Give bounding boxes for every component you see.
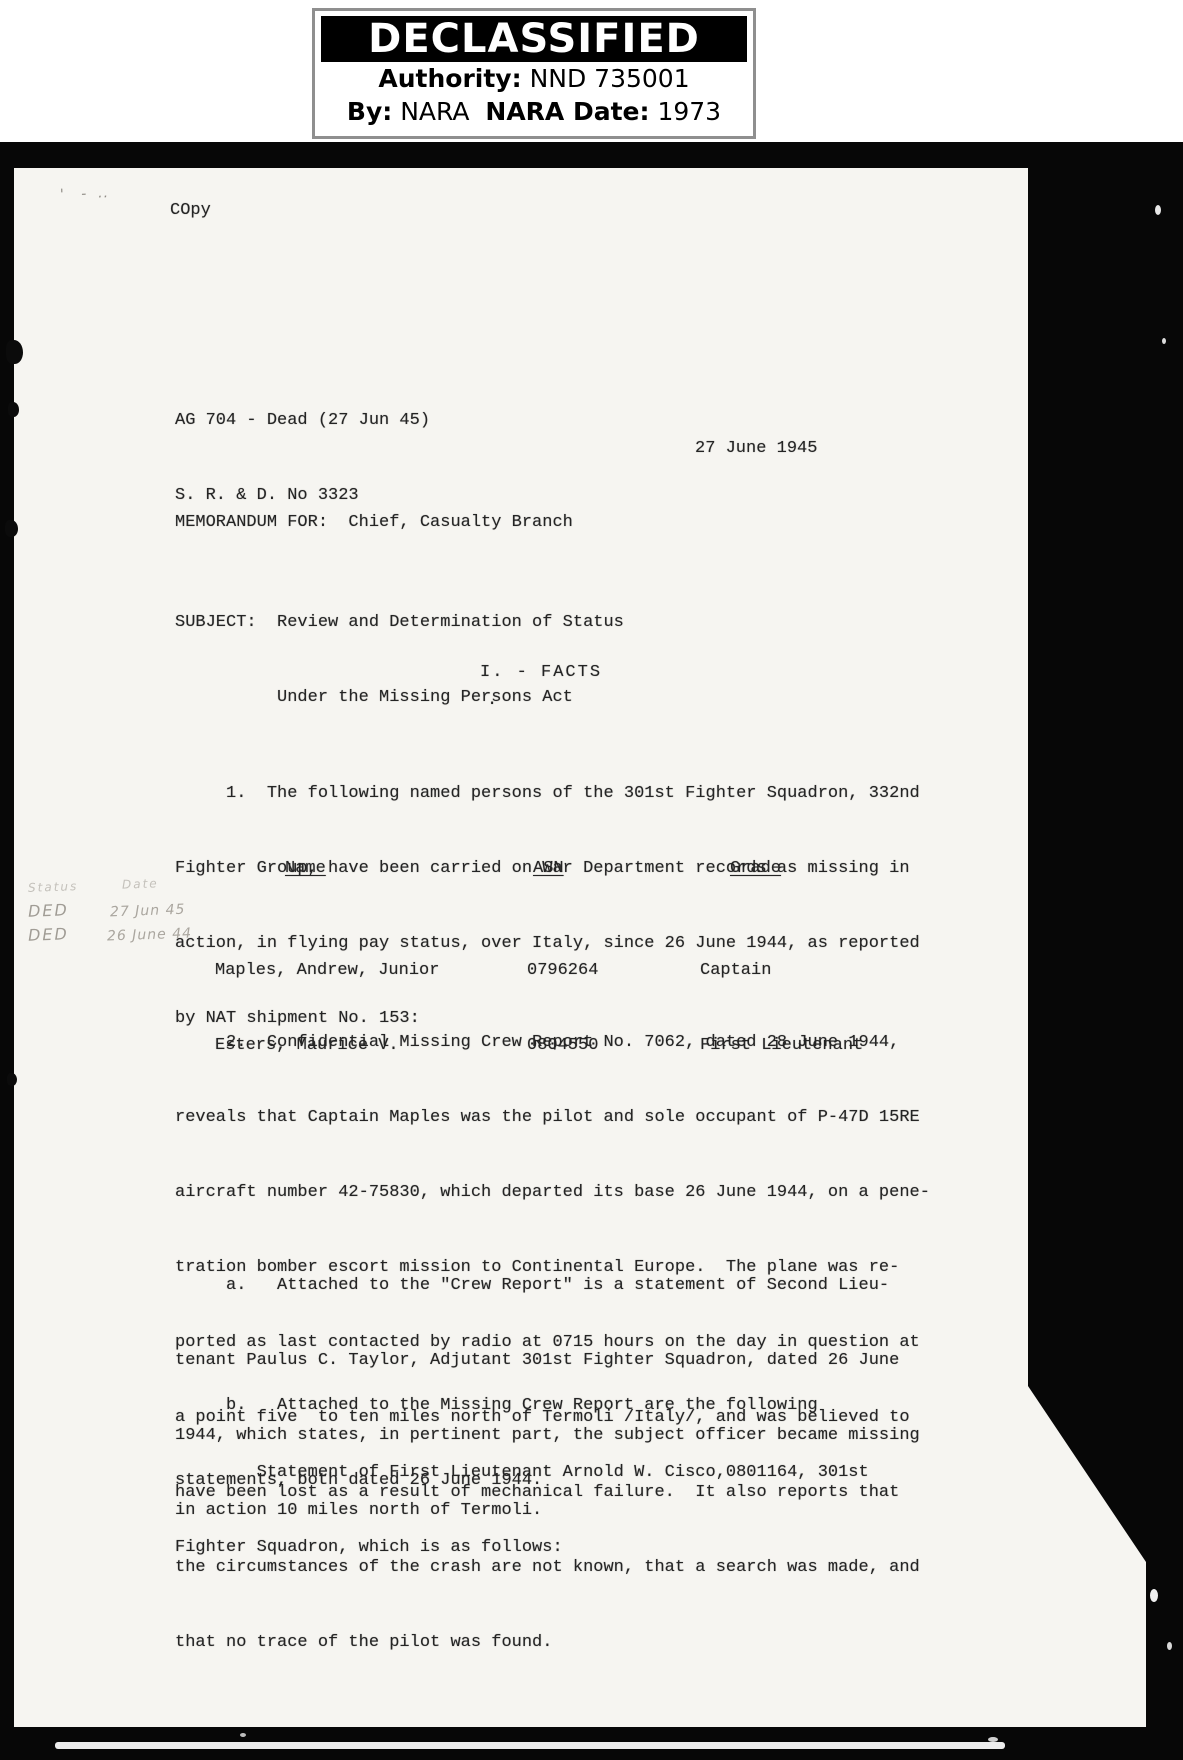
authority-line: Authority: NND 735001 xyxy=(321,62,747,95)
margin-note-ded: DED xyxy=(28,924,69,944)
document-page: ' - .. COpy AG 704 - Dead (27 Jun 45) S.… xyxy=(14,168,1146,1727)
table-header-asn: ASN xyxy=(533,856,564,881)
scan-artifact xyxy=(1167,1642,1172,1650)
section-heading: I. - FACTS xyxy=(480,660,602,685)
date-line: 27 June 1945 xyxy=(695,436,817,461)
memo-for-line: MEMORANDUM FOR: Chief, Casualty Branch xyxy=(175,510,573,535)
declassified-stamp: DECLASSIFIED Authority: NND 735001 By: N… xyxy=(312,8,756,139)
scan-artifact xyxy=(8,402,19,417)
paragraph-2-line: 2. Confidential Missing Crew Report No. … xyxy=(175,1030,930,1055)
pencil-scribble: ' - .. xyxy=(60,185,110,203)
scan-artifact xyxy=(55,1742,1005,1749)
margin-note-status: Status xyxy=(28,879,79,895)
nara-date-value: 1973 xyxy=(657,97,721,126)
statement-block: Statement of First Lieutenant Arnold W. … xyxy=(175,1410,869,1610)
reference-line: AG 704 - Dead (27 Jun 45) xyxy=(175,408,430,433)
scan-artifact xyxy=(1162,338,1166,344)
scan-artifact xyxy=(6,340,23,364)
paragraph-2-line: reveals that Captain Maples was the pilo… xyxy=(175,1105,930,1130)
table-header-grade: Grade xyxy=(730,856,781,881)
subject-line: SUBJECT: Review and Determination of Sta… xyxy=(175,610,624,635)
statement-line: Fighter Squadron, which is as follows: xyxy=(175,1535,869,1560)
margin-note-date: Date xyxy=(122,876,159,891)
declassified-banner: DECLASSIFIED xyxy=(321,16,747,62)
scan-artifact xyxy=(5,520,18,537)
paragraph-1-line: 1. The following named persons of the 30… xyxy=(175,781,920,806)
scan-artifact xyxy=(7,1073,17,1086)
scan-artifact xyxy=(240,1733,246,1737)
table-header-name: Name xyxy=(285,856,326,881)
nara-date-label: NARA Date: xyxy=(485,97,649,126)
reference-line: S. R. & D. No 3323 xyxy=(175,483,430,508)
paragraph-a-line: a. Attached to the "Crew Report" is a st… xyxy=(175,1273,920,1298)
copy-mark: COpy xyxy=(170,198,211,223)
paragraph-2-line: that no trace of the pilot was found. xyxy=(175,1630,930,1655)
by-line: By: NARA NARA Date: 1973 xyxy=(321,95,747,128)
authority-value: NND 735001 xyxy=(530,64,690,93)
scan-artifact xyxy=(1155,205,1161,215)
margin-note-ded: DED xyxy=(28,900,69,920)
by-value: NARA xyxy=(400,97,469,126)
margin-note-ded-date: 26 June 44 xyxy=(107,926,193,945)
scan-artifact xyxy=(1150,1589,1158,1602)
authority-label: Authority: xyxy=(378,64,521,93)
subject-line: Under the Missing Persons Act xyxy=(175,685,624,710)
margin-note-ded-date: 27 Jun 45 xyxy=(110,902,186,921)
scan-border-right xyxy=(1028,168,1150,1568)
scanned-document: DECLASSIFIED Authority: NND 735001 By: N… xyxy=(0,0,1183,1760)
stray-dot: . xyxy=(487,688,497,713)
by-label: By: xyxy=(347,97,392,126)
statement-line: Statement of First Lieutenant Arnold W. … xyxy=(175,1460,869,1485)
paragraph-2-line: aircraft number 42-75830, which departed… xyxy=(175,1180,930,1205)
